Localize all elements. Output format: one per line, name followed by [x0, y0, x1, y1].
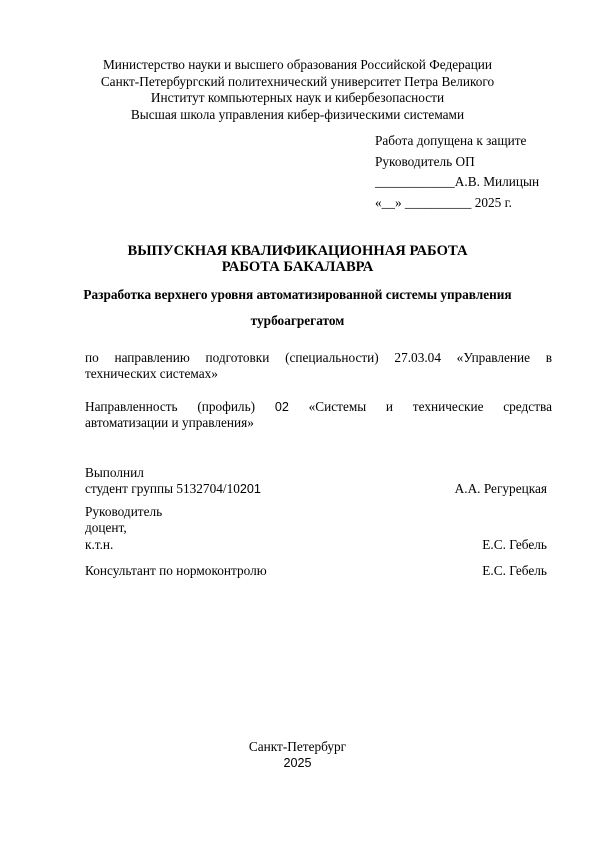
approval-signature-line: ____________А.В. Милицын [375, 172, 539, 193]
author-group-suffix: 201 [240, 482, 261, 496]
profile-code: 02 [275, 400, 289, 414]
institute-line: Институт компьютерных наук и кибербезопа… [0, 90, 595, 107]
author-group: студент группы 5132704/10201 [85, 481, 261, 497]
ministry-line: Министерство науки и высшего образования… [0, 57, 595, 74]
thesis-degree: РАБОТА БАКАЛАВРА [0, 259, 595, 276]
footer-year: 2025 [0, 755, 595, 771]
author-name: А.А. Регурецкая [455, 481, 547, 497]
thesis-topic-line1: Разработка верхнего уровня автоматизиров… [0, 287, 595, 303]
profile-line2: автоматизации и управления» [85, 415, 552, 431]
profile-line1: Направленность (профиль) 02 «Системы и т… [85, 399, 552, 415]
university-line: Санкт-Петербургский политехнический унив… [0, 74, 595, 91]
supervisor-role: Руководитель [85, 504, 162, 520]
supervisor-degree: к.т.н. [85, 537, 113, 553]
footer-city: Санкт-Петербург [0, 739, 595, 755]
thesis-type: ВЫПУСКНАЯ КВАЛИФИКАЦИОННАЯ РАБОТА [0, 243, 595, 260]
normcontrol-name: Е.С. Гебель [482, 563, 547, 579]
direction-line1: по направлению подготовки (специальности… [85, 350, 552, 366]
normcontrol-role: Консультант по нормоконтролю [85, 563, 267, 579]
direction-line2: технических системах» [85, 366, 552, 382]
profile-name-start: «Системы и технические средства [309, 399, 552, 414]
school-line: Высшая школа управления кибер-физическим… [0, 107, 595, 124]
thesis-topic-line2: турбоагрегатом [0, 313, 595, 329]
supervisor-name: Е.С. Гебель [482, 537, 547, 553]
author-group-prefix: студент группы 5132704/10 [85, 481, 240, 496]
author-role: Выполнил [85, 465, 144, 481]
supervisor-position: доцент, [85, 520, 127, 536]
approval-date-line: «__» __________ 2025 г. [375, 193, 512, 214]
approval-admitted: Работа допущена к защите [375, 131, 526, 152]
approval-head-title: Руководитель ОП [375, 152, 475, 173]
profile-prefix: Направленность (профиль) [85, 399, 255, 414]
